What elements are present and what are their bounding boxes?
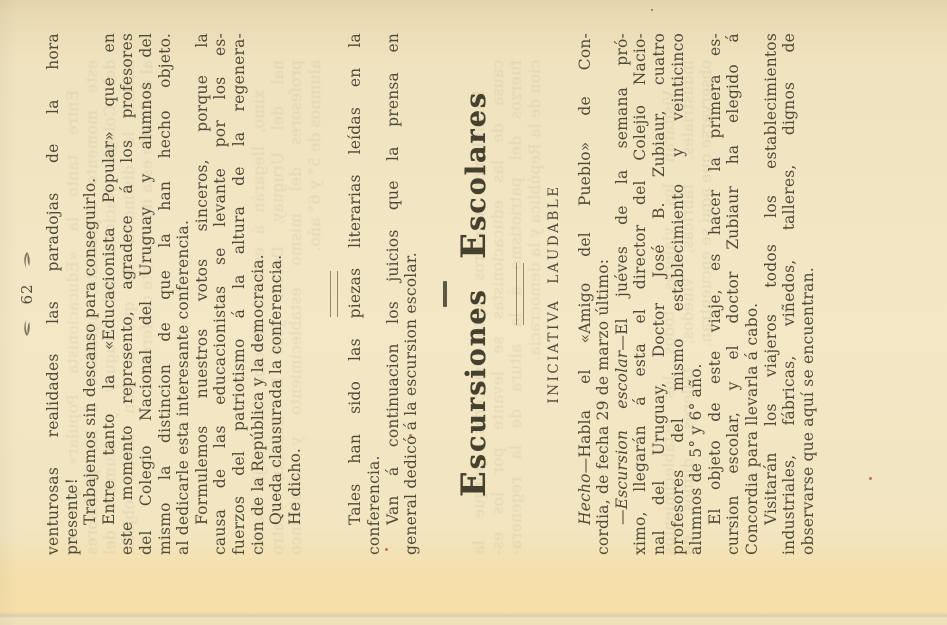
section-title-word: Escolares: [455, 91, 496, 259]
text-line: industriales, fábricas, viñedos, tallere…: [780, 33, 799, 555]
text-line: nal del Uruguay, Doctor José B. Zubiaur,…: [650, 33, 669, 555]
scan-speck: [409, 434, 412, 437]
paragraph-lines: El objeto de este viaje, es hacer la pri…: [706, 33, 762, 555]
paragraph: El objeto de este viaje, es hacer la pri…: [706, 33, 762, 555]
lead-rest: —Habla el «Amigo del Pueblo» de Con-: [576, 33, 594, 473]
text-line: —Escursion escolar—El juéves de la seman…: [613, 33, 632, 555]
text-line: mismo la distincion de que la han hecho …: [156, 33, 175, 555]
scanned-book-page: Entre tanto la «Educacionista Popular» q…: [0, 0, 947, 625]
text-line: Van á continuacion los juicios que la pr…: [384, 33, 403, 555]
text-line: al dedicarle esta interesante conferenci…: [174, 33, 193, 555]
paragraph-lines: Queda clausurada la conferencia.: [267, 33, 286, 555]
paragraph: Formulemos nuestros votos sinceros, porq…: [193, 33, 267, 555]
text-line: Formulemos nuestros votos sinceros, porq…: [193, 33, 212, 555]
paragraph: He dicho.: [286, 33, 305, 555]
paragraph-lines: ximo, llegarán á esta el director del Co…: [631, 33, 705, 555]
paragraph-lines: venturosas realidades las paradojas de l…: [44, 33, 81, 555]
paragraph: Tales han sido las piezas literarias leí…: [346, 33, 383, 555]
paragraph-lines: Tales han sido las piezas literarias leí…: [346, 33, 383, 555]
paragraph-lines: Entre tanto la «Educacionista Popular» q…: [100, 33, 193, 555]
text-line: observarse que aquí se encuentran.: [799, 33, 818, 555]
text-line: presente!: [63, 33, 82, 555]
italic-lead: Hecho: [576, 473, 594, 525]
text-line: Hecho—Habla el «Amigo del Pueblo» de Con…: [576, 33, 595, 555]
paragraph-lines: Visitarán los viajeros todos los estable…: [762, 33, 818, 555]
text-line: Queda clausurada la conferencia.: [267, 33, 286, 555]
text-line: causa de las educacionistas se levante p…: [211, 33, 230, 555]
paragraph: Trabajemos sin descanso para conseguirlo…: [81, 33, 100, 555]
text-line: venturosas realidades las paradojas de l…: [44, 33, 63, 555]
text-line: Entre tanto la «Educacionista Popular» q…: [100, 33, 119, 555]
text-line: ximo, llegarán á esta el director del Co…: [631, 33, 650, 555]
text-line: cordia, de fecha 29 de marzo último:: [594, 33, 613, 555]
paragraph: Visitarán los viajeros todos los estable…: [762, 33, 818, 555]
text-line: general dedicó á la escursion escolar.: [402, 33, 421, 555]
text-line: cursion escolar, y el doctor Zubiaur ha …: [724, 33, 743, 555]
paragraph: Queda clausurada la conferencia.: [267, 33, 286, 555]
ornament-icon: [23, 319, 31, 337]
section-title-word: Escursiones: [455, 288, 496, 497]
paragraph: —Escursion escolar—El juéves de la seman…: [613, 33, 706, 555]
ornament-icon: [23, 251, 31, 269]
paragraph-lines: Trabajemos sin descanso para conseguirlo…: [81, 33, 100, 555]
text-line: El objeto de este viaje, es hacer la pri…: [706, 33, 725, 555]
paragraph: Entre tanto la «Educacionista Popular» q…: [100, 33, 193, 555]
paragraph-lines: Van á continuacion los juicios que la pr…: [384, 33, 421, 555]
subsection-heading: INICIATIVA LAUDABLE: [546, 33, 564, 555]
text-line: Trabajemos sin descanso para conseguirlo…: [81, 33, 100, 555]
text-line: alumnos de 5° y 6° año.: [687, 33, 706, 555]
paragraph: venturosas realidades las paradojas de l…: [44, 33, 81, 555]
scan-speck: [651, 9, 653, 11]
paragraph-lines: cordia, de fecha 29 de marzo último:: [594, 33, 613, 555]
section-title: Escursiones Escolares: [455, 33, 496, 555]
text-line: este momento represento, agradece á los …: [118, 33, 137, 555]
section-divider-rule: [330, 271, 338, 317]
lead-rest: —El juéves de la semana pró-: [613, 33, 631, 351]
news-section: Hecho—Habla el «Amigo del Pueblo» de Con…: [576, 33, 818, 555]
page-scan-rotated: Entre tanto la «Educacionista Popular» q…: [0, 0, 947, 625]
text-line: He dicho.: [286, 33, 305, 555]
page-number: 62: [18, 283, 36, 304]
text-line: Tales han sido las piezas literarias leí…: [346, 33, 365, 555]
lead-dash: —: [613, 509, 631, 525]
text-line: profesores del mismo establecimiento y v…: [669, 33, 688, 555]
paragraph: Van á continuacion los juicios que la pr…: [384, 33, 421, 555]
paragraph: Hecho—Habla el «Amigo del Pueblo» de Con…: [576, 33, 613, 555]
text-line: Concordia para llevarla á cabo.: [743, 33, 762, 555]
paragraph-lines: He dicho.: [286, 33, 305, 555]
text-line: Visitarán los viajeros todos los estable…: [762, 33, 781, 555]
paragraph-lines: Formulemos nuestros votos sinceros, porq…: [193, 33, 267, 555]
italic-lead: Escursion escolar: [613, 351, 631, 510]
text-line: conferencia.: [365, 33, 384, 555]
scan-speck: [385, 548, 388, 551]
text-line: fuerzos del patriotismo á la altura de l…: [230, 33, 249, 555]
page-content: 62 venturosas realidades las paradojas d…: [0, 0, 817, 625]
page-header: 62: [18, 33, 36, 555]
subtitle-divider-rule: [516, 263, 524, 325]
text-line: cion de la República y la democracia.: [249, 33, 268, 555]
text-line: del Colegio Nacional del Uruguay y alumn…: [137, 33, 156, 555]
section-divider-dash: [443, 281, 447, 307]
scan-speck: [869, 477, 872, 480]
